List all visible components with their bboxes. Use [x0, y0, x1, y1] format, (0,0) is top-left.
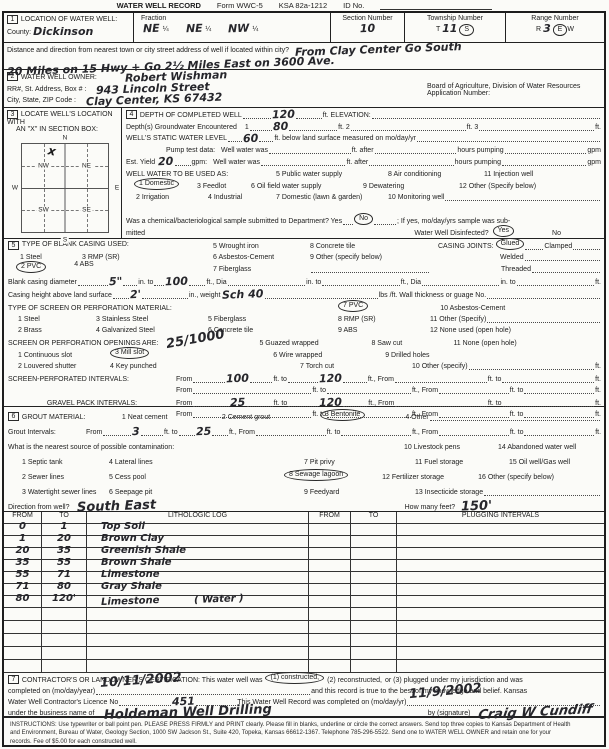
- log-desc-value: Greenish Shale: [101, 545, 186, 556]
- log-to: [42, 647, 87, 659]
- log-from: [4, 647, 42, 659]
- dotted-blank: [288, 400, 318, 407]
- dotted-blank: [179, 429, 195, 436]
- feet-value: 150': [461, 501, 492, 512]
- screen-option-8: 8 RMP (SR): [338, 316, 430, 323]
- dotted-blank: [395, 400, 487, 407]
- log-from-value: 20: [16, 545, 30, 556]
- dotted-blank: [103, 429, 131, 436]
- plug-to: [351, 596, 397, 607]
- dotted-blank: [327, 387, 411, 394]
- log-desc-value: Limestone: [101, 597, 160, 607]
- casing-option-7: 7 Fiberglass: [213, 266, 310, 273]
- section5-number: 5: [8, 241, 19, 250]
- township-t: T: [436, 26, 440, 33]
- gravel-interval-to: 120: [319, 399, 342, 409]
- ft-to-label: ft. to: [510, 387, 524, 394]
- licence-label: Water Well Contractor's Licence No: [8, 699, 118, 706]
- from-label: From: [176, 387, 192, 394]
- screen-material-title: TYPE OF SCREEN OR PERFORATION MATERIAL:: [8, 305, 338, 312]
- dotted-blank: [261, 159, 345, 166]
- use-option-1-circled: 1 Domestic: [134, 178, 179, 190]
- casing-diameter-label: Blank casing diameter: [8, 279, 77, 286]
- log-row: 55 71 Limestone: [4, 572, 604, 584]
- in-to-label: in. to: [500, 279, 515, 286]
- dotted-blank: [154, 279, 164, 286]
- screen-intervals-label: SCREEN-PERFORATED INTERVALS:: [8, 376, 176, 383]
- dotted-blank: [259, 135, 273, 142]
- county-label: County:: [7, 29, 31, 36]
- plug-from: [309, 660, 351, 672]
- plug-from: [309, 608, 351, 620]
- casing-height-label: Casing height above land surface: [8, 292, 112, 299]
- dotted-blank: [439, 429, 509, 436]
- dotted-blank: [311, 266, 429, 273]
- address-label: RR#, St. Address, Box # :: [7, 86, 86, 93]
- log-desc: Limestone( Water ): [87, 596, 309, 607]
- log-row: 1 20 Brown Clay: [4, 536, 604, 548]
- township-value: 11: [442, 22, 457, 35]
- dotted-blank: [250, 376, 272, 383]
- ft-label: ft.: [595, 376, 601, 383]
- quarter-glyph: ¼: [253, 26, 259, 33]
- plug-from: [309, 536, 351, 547]
- log-empty-row: [4, 660, 604, 673]
- screen-option-12: 12 None used (open hole): [430, 327, 511, 334]
- use-as-label: WELL WATER TO BE USED AS:: [126, 171, 276, 178]
- dotted-blank: [269, 147, 351, 154]
- document-header: WATER WELL RECORD Form WWC-5 KSA 82a-121…: [0, 1, 609, 10]
- township-s-circled: S: [459, 24, 474, 36]
- section-location-diagram: N S W E NW NE SW SE x: [21, 143, 109, 233]
- log-from: [4, 621, 42, 633]
- ft-to-label: ft. to: [312, 387, 326, 394]
- plug-from: [309, 647, 351, 659]
- col-header-from-2: FROM: [309, 512, 351, 523]
- use-option-6: 6 Oil field water supply: [251, 183, 363, 190]
- section3-title-2: AN "X" IN SECTION BOX:: [7, 126, 118, 133]
- screen-option-2: 2 Brass: [18, 327, 96, 334]
- screen-option-1: 1 Steel: [18, 316, 96, 323]
- section1-row: 1LOCATION OF WATER WELL: County: Dickins…: [4, 13, 604, 43]
- use-option-4: 4 Industrial: [208, 194, 276, 201]
- log-to-value: 1: [61, 521, 68, 532]
- dotted-blank: [189, 279, 205, 286]
- log-to-value: 55: [57, 557, 71, 568]
- well-water-was-label: Well water was: [221, 147, 268, 154]
- disinfected-label: Water Well Disinfected?: [414, 230, 488, 237]
- log-from: [4, 634, 42, 646]
- reconstructed-option: (2) reconstructed,: [327, 677, 382, 684]
- log-empty-row: [4, 608, 604, 621]
- contamination-question: What is the nearest source of possible c…: [8, 444, 404, 451]
- application-number-label: Application Number:: [427, 90, 601, 97]
- section7: 7 CONTRACTOR'S OR LANDOWNER'S CERTIFICAT…: [4, 673, 604, 717]
- quarter-glyph: ¼: [163, 26, 169, 33]
- log-to-value: 80: [57, 581, 71, 592]
- plug-desc: [397, 660, 604, 672]
- instructions-block: INSTRUCTIONS: Use typewriter or ball poi…: [4, 717, 604, 745]
- fraction-cell: Fraction NE¼ NE¼ NW¼: [134, 13, 331, 42]
- opening-option-1: 1 Continuous slot: [18, 352, 110, 359]
- casing-height-value: 2': [130, 291, 141, 300]
- casing-option-6: 6 Asbestos-Cement: [213, 254, 310, 261]
- grout-option-2: 2 Cement grout: [222, 414, 320, 421]
- plug-from: [309, 634, 351, 646]
- opening-option-3-circled: 3 Mill slot: [110, 347, 149, 359]
- ft-from-label: ft., From: [368, 376, 394, 383]
- plug-from: [309, 572, 351, 583]
- plug-from: [309, 560, 351, 571]
- log-desc: [87, 608, 309, 620]
- screen-interval-to: 120: [319, 374, 342, 384]
- dotted-blank: [193, 400, 229, 407]
- section4-number: 4: [126, 110, 137, 119]
- opening-option-2: 2 Louvered shutter: [18, 363, 110, 370]
- dotted-blank: [141, 429, 163, 436]
- contamination-option-10: 10 Livestock pens: [404, 444, 498, 451]
- casing-joints-label: CASING JOINTS:: [438, 243, 494, 250]
- location-cell: 1LOCATION OF WATER WELL: County: Dickins…: [4, 13, 134, 42]
- screen-option-3: 3 Stainless Steel: [96, 316, 208, 323]
- section3-number: 3: [7, 110, 18, 119]
- ft-dia-label: ft., Dia: [401, 279, 421, 286]
- use-option-11: 11 Injection well: [484, 171, 533, 178]
- opening-option-6: 6 Wire wrapped: [273, 352, 385, 359]
- log-from-value: 71: [16, 581, 30, 592]
- log-from: [4, 608, 42, 620]
- hours-pumping-label: hours pumping: [457, 147, 503, 154]
- section4: 4 DEPTH OF COMPLETED WELL 120 ft. ELEVAT…: [122, 108, 604, 238]
- opening-option-5: 5 Guazed wrapped: [259, 340, 371, 347]
- use-option-2: 2 Irrigation: [136, 194, 208, 201]
- dotted-blank: [524, 429, 594, 436]
- gpm-label: gpm: [587, 147, 601, 154]
- log-desc: Gray Shale: [87, 584, 309, 595]
- dotted-blank: [296, 112, 322, 119]
- contamination-option-8-circled: 8 Sewage lagoon: [284, 469, 348, 481]
- contamination-option-14: 14 Abandoned water well: [498, 444, 576, 451]
- dotted-blank: [243, 112, 271, 119]
- dotted-blank: [532, 266, 600, 273]
- compass-w: W: [10, 185, 20, 192]
- joint-welded: Welded: [500, 254, 524, 261]
- use-option-3: 3 Feedlot: [197, 183, 251, 190]
- contamination-option-6: 6 Seepage pit: [109, 489, 304, 496]
- ft-dia-label: ft., Dia: [206, 279, 226, 286]
- col-header-plugging-intervals: PLUGGING INTERVALS: [397, 512, 604, 523]
- dotted-blank: [351, 124, 466, 131]
- casing-option-2-circled: 2 PVC: [16, 261, 46, 273]
- casing-options-row: 2 PVC4 ABS: [8, 261, 213, 273]
- groundwater-depth-1: 80: [273, 123, 289, 132]
- gw1-index: 1: [245, 124, 249, 131]
- ft-to-label: ft. to: [274, 400, 288, 407]
- ft-after-label: ft. after: [352, 147, 374, 154]
- casing-depth-value: 100: [165, 277, 188, 287]
- screen-option-6: 6 Concrete tile: [208, 327, 338, 334]
- dotted-blank: [395, 376, 487, 383]
- use-option-7: 7 Domestic (lawn & garden): [276, 194, 388, 201]
- use-option-9: 9 Dewatering: [363, 183, 459, 190]
- log-water-note: ( Water ): [193, 595, 243, 605]
- static-level-label: WELL'S STATIC WATER LEVEL: [126, 135, 227, 142]
- city-value: Clay Center, KS 67432: [86, 93, 223, 107]
- constructed-option-circled: (1) constructed,: [265, 672, 324, 684]
- log-desc: [87, 634, 309, 646]
- ft-to-label: ft. to: [488, 376, 502, 383]
- est-yield-value: 20: [158, 158, 174, 167]
- log-row: 0 1 Top Soil: [4, 524, 604, 536]
- dotted-blank: [247, 400, 273, 407]
- from-label: From: [86, 429, 102, 436]
- plug-to: [351, 572, 397, 583]
- dotted-blank: [369, 159, 453, 166]
- quarter-glyph: ¼: [205, 26, 211, 33]
- dotted-blank: [524, 387, 594, 394]
- log-from-value: 35: [16, 557, 30, 568]
- gpm-colon-label: gpm:: [192, 159, 208, 166]
- dotted-blank: [343, 400, 367, 407]
- ft-to-label: ft. to: [488, 400, 502, 407]
- from-label: From: [176, 400, 192, 407]
- plug-from: [309, 621, 351, 633]
- ft-after-label: ft. after: [346, 159, 368, 166]
- dotted-blank: [430, 414, 600, 421]
- grout-option-3-circled: 3 Bentonite: [320, 409, 365, 421]
- log-desc: [87, 660, 309, 672]
- use-option-5: 5 Public water supply: [276, 171, 388, 178]
- dotted-blank: [288, 376, 318, 383]
- diagram-dashed-line: [44, 144, 45, 232]
- how-many-feet-label: How many feet?: [405, 504, 456, 511]
- dotted-blank: [505, 147, 587, 154]
- screen-option-10: 10 Asbestos-Cement: [440, 305, 505, 312]
- dotted-blank: [228, 135, 242, 142]
- screen-option-5: 5 Fiberglass: [208, 316, 338, 323]
- plug-desc: [397, 608, 604, 620]
- contamination-option-11: 11 Fuel storage: [415, 459, 509, 466]
- plug-desc: [397, 560, 604, 571]
- ft-from-label: ft., From: [229, 429, 255, 436]
- range-e-circled: E: [553, 24, 568, 36]
- log-to-value: 71: [57, 569, 71, 580]
- dotted-blank: [525, 243, 543, 250]
- dotted-blank: [322, 279, 399, 286]
- hours-pumping-label: hours pumping: [455, 159, 501, 166]
- ft-label: ft.: [595, 363, 601, 370]
- log-from-value: 80: [16, 593, 30, 604]
- screen-option-9: 9 ABS: [338, 327, 430, 334]
- contamination-option-13: 13 Insecticide storage: [415, 489, 483, 496]
- range-w: W: [567, 26, 574, 33]
- log-to: [42, 608, 87, 620]
- dotted-blank: [142, 292, 188, 299]
- plug-to: [351, 536, 397, 547]
- openings-title: SCREEN OR PERFORATION OPENINGS ARE:: [8, 340, 158, 347]
- dotted-blank: [484, 489, 600, 496]
- log-to-value: 120': [52, 593, 76, 604]
- grout-title: GROUT MATERIAL:: [22, 414, 122, 421]
- log-desc-value: Brown Shale: [101, 557, 172, 568]
- plug-from: [309, 548, 351, 559]
- dotted-blank: [417, 135, 600, 142]
- plug-desc: [397, 524, 604, 535]
- screen-option-11: 11 Other (Specify): [430, 316, 486, 323]
- log-from-value: 55: [16, 569, 30, 580]
- contamination-option-1: 1 Septic tank: [22, 459, 109, 466]
- static-level-rest: ft. below land surface measured on mo/da…: [274, 135, 416, 142]
- joint-clamped: Clamped: [544, 243, 572, 250]
- dotted-blank: [256, 429, 326, 436]
- log-to: [42, 634, 87, 646]
- pump-test-label: Pump test data:: [166, 147, 215, 154]
- board-cell: Board of Agriculture, Division of Water …: [424, 70, 604, 107]
- dotted-blank: [193, 376, 225, 383]
- township-label: Township Number: [408, 15, 502, 22]
- log-desc: [87, 647, 309, 659]
- static-level-value: 60: [243, 134, 259, 143]
- col-header-to-2: TO: [351, 512, 397, 523]
- gpm-label: gpm: [587, 159, 601, 166]
- casing-title-wrap: 5TYPE OF BLANK CASING USED:: [8, 241, 213, 250]
- log-to: 120': [42, 596, 87, 607]
- sample-no-circled: No: [354, 213, 373, 225]
- contamination-option-5: 5 Cess pool: [109, 474, 284, 481]
- quadrant-sw: SW: [36, 207, 50, 214]
- plug-desc: [397, 596, 604, 607]
- dotted-blank: [375, 147, 457, 154]
- sample-question-wrap: mitted: [126, 230, 145, 237]
- lithologic-log-table: FROM TO LITHOLOGIC LOG FROM TO PLUGGING …: [4, 512, 604, 673]
- dotted-blank: [479, 124, 594, 131]
- contamination-option-2: 2 Sewer lines: [22, 474, 109, 481]
- log-desc: [87, 621, 309, 633]
- log-row: 20 35 Greenish Shale: [4, 548, 604, 560]
- record-date-value: 11/9/2002: [409, 684, 482, 701]
- screen-option-7-circled: 7 PVC: [338, 300, 368, 312]
- plug-desc: [397, 621, 604, 633]
- opening-option-4: 4 Key punched: [110, 363, 176, 370]
- dotted-blank: [503, 400, 595, 407]
- in-to-label: in. to: [138, 279, 153, 286]
- dotted-blank: [78, 279, 108, 286]
- from-label: From: [176, 376, 192, 383]
- casing-weight-value: Sch 40: [222, 290, 264, 300]
- form-number: Form WWC-5: [217, 1, 263, 10]
- id-label: ID No.: [343, 1, 364, 10]
- plug-desc: [397, 647, 604, 659]
- range-r: R: [536, 26, 541, 33]
- city-label: City, State, ZIP Code :: [7, 97, 76, 104]
- use-option-12: 12 Other (Specify below): [459, 183, 536, 190]
- dotted-blank: [487, 316, 600, 323]
- section5: 5TYPE OF BLANK CASING USED: 5 Wrought ir…: [4, 239, 604, 407]
- township-cell: Township Number T 11 S: [405, 13, 506, 42]
- board-line: Board of Agriculture, Division of Water …: [427, 83, 601, 90]
- log-from-value: 1: [19, 533, 26, 544]
- plug-to: [351, 660, 397, 672]
- contamination-option-7: 7 Pit privy: [304, 459, 415, 466]
- fraction-label: Fraction: [137, 15, 327, 22]
- ft-from-label: ft., From: [412, 429, 438, 436]
- log-empty-row: [4, 634, 604, 647]
- opening-option-10: 10 Other (specify): [412, 363, 468, 370]
- range-label: Range Number: [509, 15, 601, 22]
- dotted-blank: [193, 387, 311, 394]
- gw2-index: ft. 2: [338, 124, 350, 131]
- log-from: [4, 660, 42, 672]
- fraction-2-value: NE: [185, 25, 202, 34]
- section6: 6 GROUT MATERIAL: 1 Neat cement 2 Cement…: [4, 407, 604, 512]
- grout-intervals-label: Grout Intervals:: [8, 429, 86, 436]
- doc-title: WATER WELL RECORD: [117, 1, 201, 10]
- section6-number: 6: [8, 412, 19, 421]
- grout-interval-from: 3: [132, 428, 140, 437]
- casing-option-8: 8 Concrete tile: [310, 243, 438, 250]
- opening-option-11: 11 None (open hole): [453, 340, 516, 347]
- instructions-line-2: and Environment, Bureau of Water, Geolog…: [10, 729, 598, 737]
- grout-interval-to: 25: [195, 428, 211, 437]
- plug-to: [351, 524, 397, 535]
- section2-row: 2WATER WELL OWNER:Robert Wishman RR#, St…: [4, 70, 604, 108]
- casing-diameter-value: 5": [109, 278, 123, 287]
- dotted-blank: [502, 159, 586, 166]
- section-number-label: Section Number: [334, 15, 401, 22]
- quadrant-nw: NW: [36, 163, 51, 170]
- ft-label: ft.: [595, 400, 601, 407]
- ft-to-label: ft. to: [327, 429, 341, 436]
- gw3-index: ft. 3: [467, 124, 479, 131]
- diagram-dashed-line: [87, 144, 88, 232]
- casing-option-4: 4 ABS: [74, 261, 93, 273]
- dotted-blank: [113, 292, 129, 299]
- ft-from-label: ft., From: [368, 400, 394, 407]
- casing-title: TYPE OF BLANK CASING USED:: [22, 241, 129, 250]
- depth-value: 120: [272, 111, 295, 121]
- dotted-blank: [502, 376, 594, 383]
- log-to: [42, 621, 87, 633]
- contamination-option-3: 3 Watertight sewer lines: [22, 489, 109, 496]
- dotted-blank: [289, 124, 337, 131]
- log-from: 80: [4, 596, 42, 607]
- log-desc-value: Top Soil: [101, 521, 145, 532]
- log-desc-value: Limestone: [101, 569, 160, 580]
- grout-option-4: 4 Other: [405, 414, 428, 421]
- log-empty-row: [4, 621, 604, 634]
- log-to: [42, 660, 87, 672]
- ft-label: ft.: [595, 429, 601, 436]
- section-number-value: 10: [334, 24, 401, 35]
- range-value: 3: [543, 22, 551, 35]
- log-desc-value: Brown Clay: [101, 533, 164, 544]
- grout-option-1: 1 Neat cement: [122, 414, 222, 421]
- log-to-value: 35: [57, 545, 71, 556]
- dotted-blank: [265, 292, 378, 299]
- opening-option-8: 8 Saw cut: [371, 340, 453, 347]
- plug-desc: [397, 536, 604, 547]
- groundwater-label: Depth(s) Groundwater Encountered: [126, 124, 237, 131]
- ft-unit: ft.: [595, 124, 601, 131]
- opening-option-9: 9 Drilled holes: [385, 352, 429, 359]
- dotted-blank: [487, 292, 600, 299]
- compass-s: S: [61, 237, 69, 244]
- diagram-dashed-line: [22, 166, 108, 167]
- ft-to-label: ft. to: [273, 376, 287, 383]
- plug-to: [351, 634, 397, 646]
- dotted-blank: [228, 279, 305, 286]
- dotted-blank: [525, 254, 600, 261]
